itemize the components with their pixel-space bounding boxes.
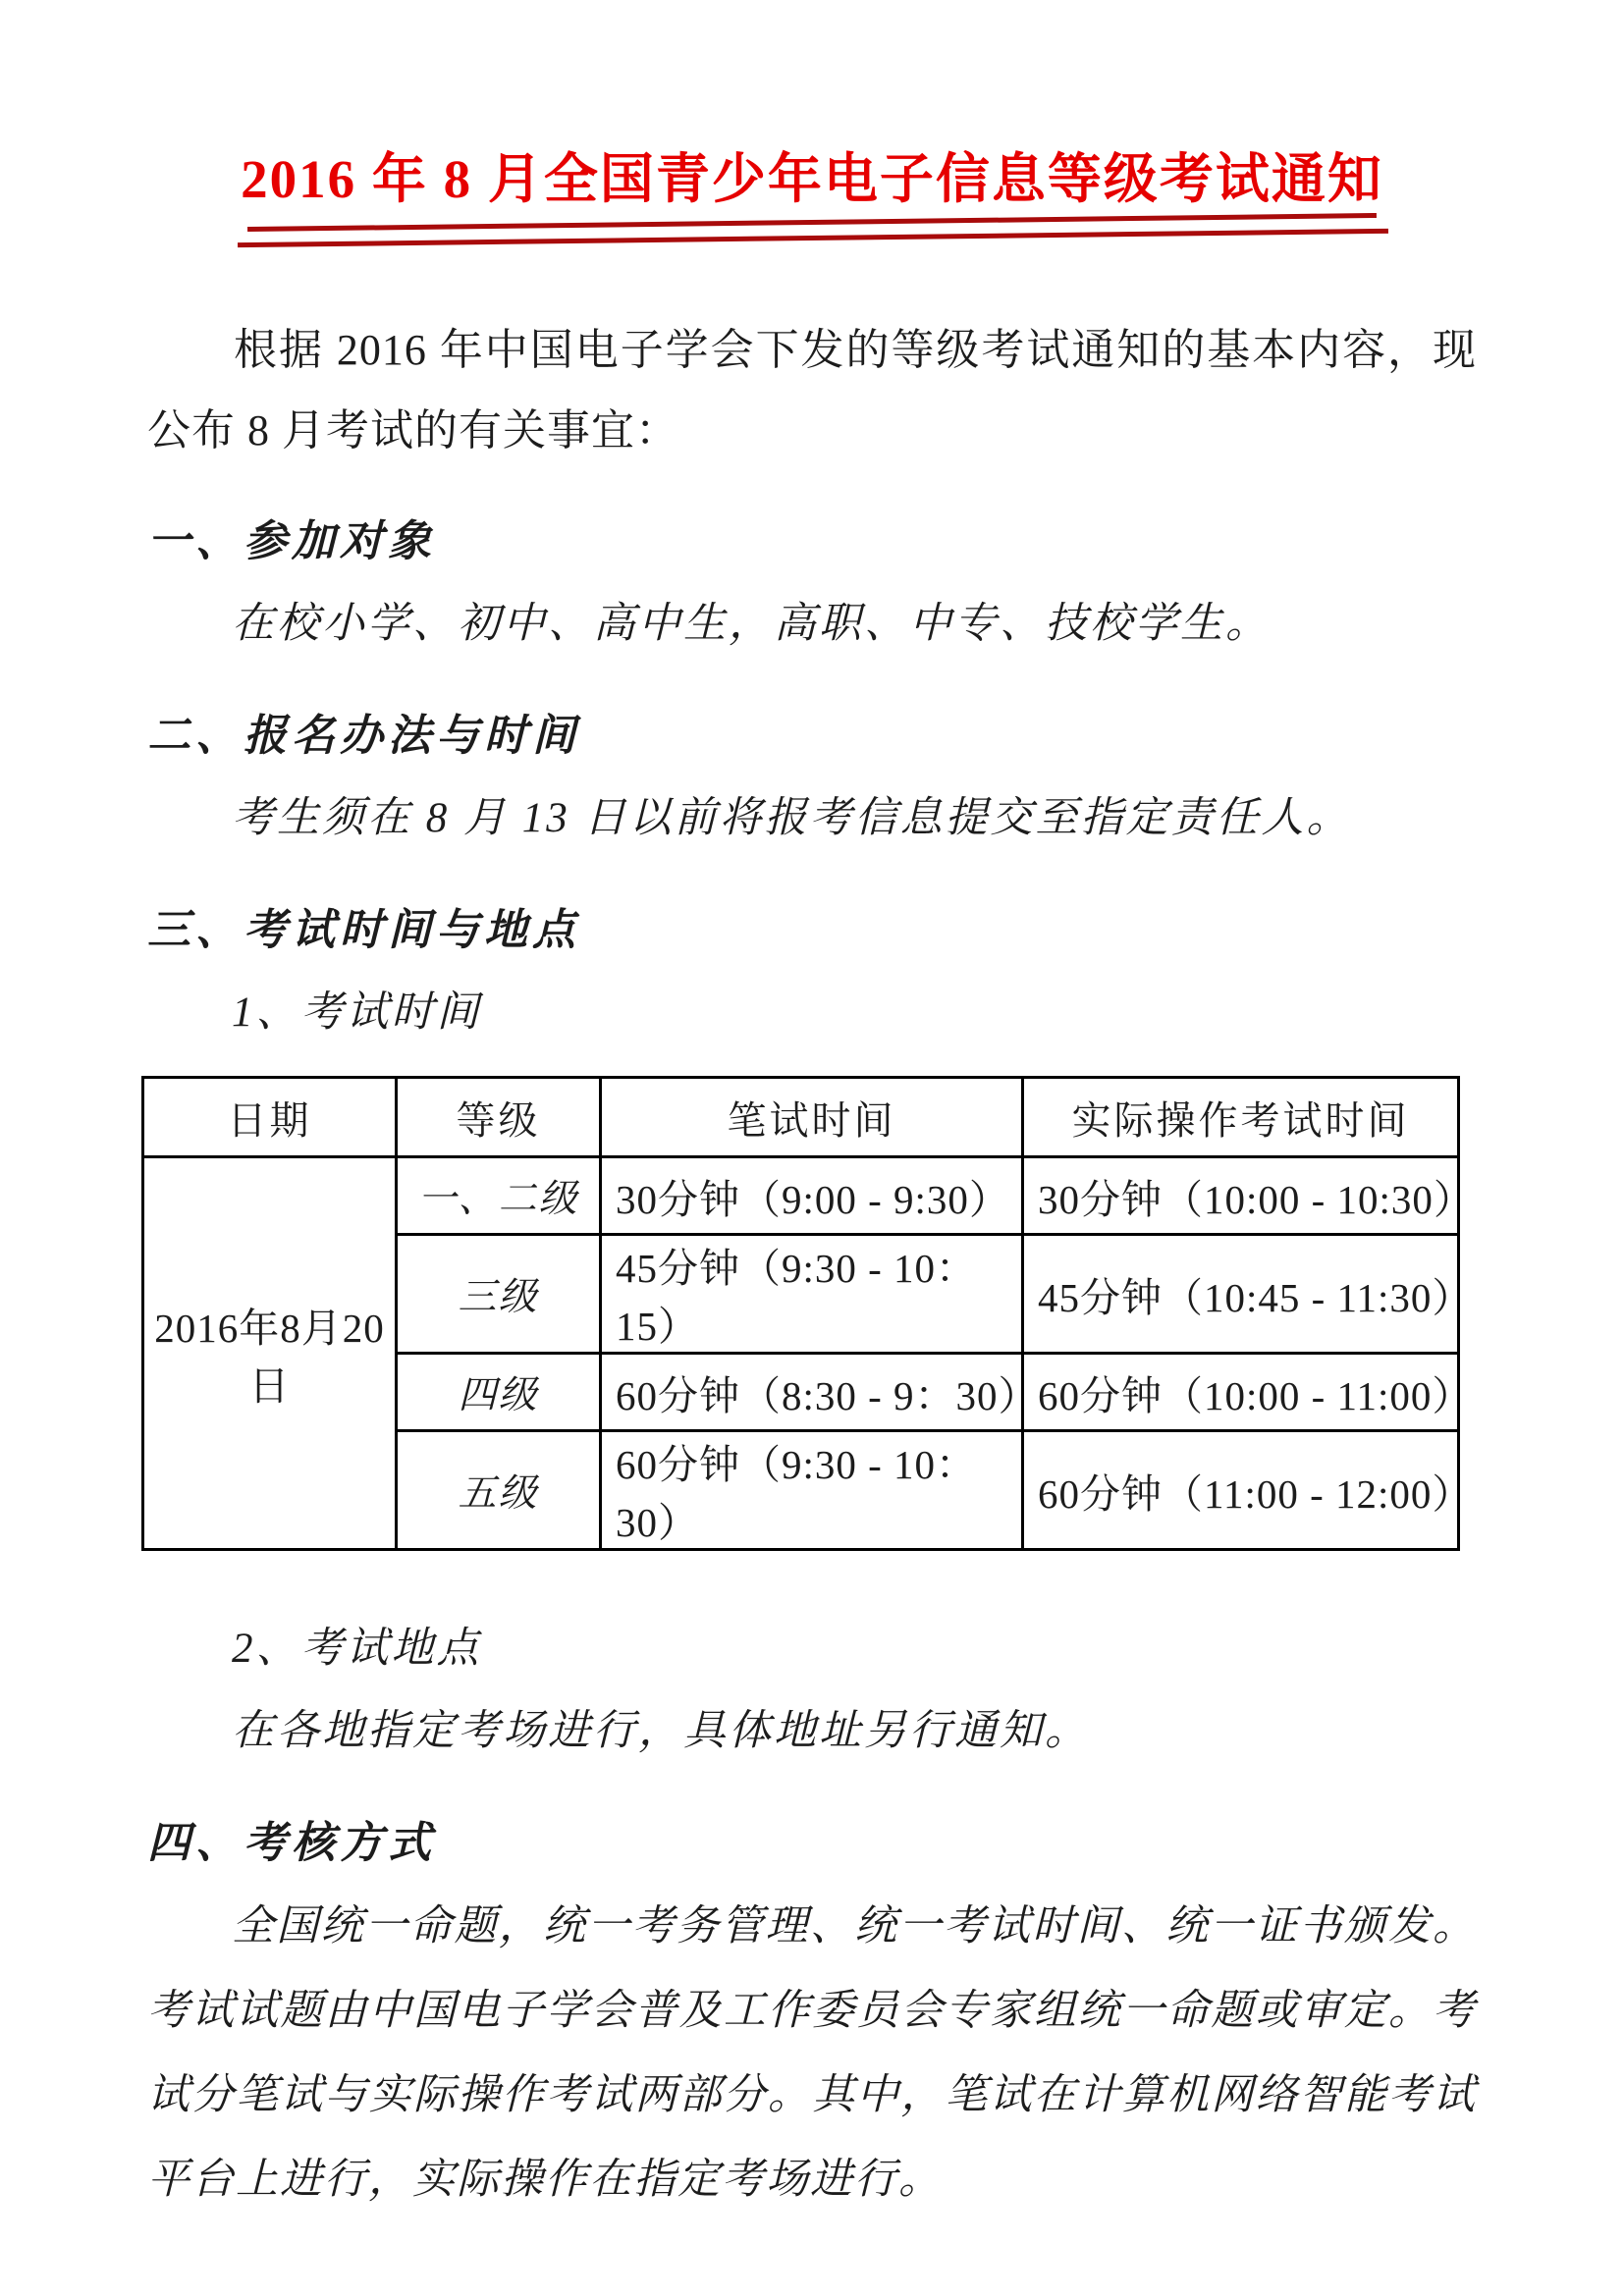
level-cell: 一、二级 bbox=[397, 1157, 601, 1235]
section-heading-participants: 一、参加对象 bbox=[147, 501, 1477, 583]
section-body-participants: 在校小学、初中、高中生，高职、中专、技校学生。 bbox=[147, 583, 1477, 666]
section-body-assessment: 全国统一命题，统一考务管理、统一考试时间、统一证书颁发。考试试题由中国电子学会普… bbox=[147, 1885, 1477, 2222]
section-heading-time-place: 三、考试时间与地点 bbox=[147, 889, 1477, 972]
header-level: 等级 bbox=[397, 1078, 601, 1157]
practical-time-cell: 60分钟（11:00 - 12:00） bbox=[1023, 1431, 1459, 1550]
document-page: 2016 年 8 月全国青少年电子信息等级考试通知 根据 2016 年中国电子学… bbox=[0, 0, 1624, 2296]
written-time-cell: 60分钟（9:30 - 10：30） bbox=[601, 1431, 1023, 1550]
table-row: 2016年8月20日 一、二级 30分钟（9:00 - 9:30） 30分钟（1… bbox=[143, 1157, 1459, 1235]
header-date: 日期 bbox=[143, 1078, 397, 1157]
page-title: 2016 年 8 月全国青少年电子信息等级考试通知 bbox=[147, 147, 1477, 212]
header-practical-time: 实际操作考试时间 bbox=[1023, 1078, 1459, 1157]
written-time-cell: 45分钟（9:30 - 10：15） bbox=[601, 1235, 1023, 1354]
section-body-registration: 考生须在 8 月 13 日以前将报考信息提交至指定责任人。 bbox=[147, 777, 1477, 860]
section-heading-registration: 二、报名办法与时间 bbox=[147, 695, 1477, 777]
section-heading-assessment: 四、考核方式 bbox=[147, 1802, 1477, 1885]
subsection-exam-time: 1、考试时间 bbox=[147, 972, 1477, 1054]
written-time-cell: 60分钟（8:30 - 9：30） bbox=[601, 1354, 1023, 1431]
level-cell: 三级 bbox=[397, 1235, 601, 1354]
level-cell: 四级 bbox=[397, 1354, 601, 1431]
practical-time-cell: 30分钟（10:00 - 10:30） bbox=[1023, 1157, 1459, 1235]
practical-time-cell: 45分钟（10:45 - 11:30） bbox=[1023, 1235, 1459, 1354]
subsection-exam-place: 2、考试地点 bbox=[147, 1608, 1477, 1690]
exam-schedule-table: 日期 等级 笔试时间 实际操作考试时间 2016年8月20日 一、二级 30分钟… bbox=[141, 1076, 1460, 1551]
practical-time-cell: 60分钟（10:00 - 11:00） bbox=[1023, 1354, 1459, 1431]
table-header-row: 日期 等级 笔试时间 实际操作考试时间 bbox=[143, 1078, 1459, 1157]
date-cell: 2016年8月20日 bbox=[143, 1157, 397, 1550]
title-underline-bottom-rule bbox=[238, 229, 1388, 247]
intro-paragraph: 根据 2016 年中国电子学会下发的等级考试通知的基本内容，现公布 8 月考试的… bbox=[147, 310, 1477, 471]
written-time-cell: 30分钟（9:00 - 9:30） bbox=[601, 1157, 1023, 1235]
title-underline bbox=[238, 214, 1386, 251]
title-underline-top-rule bbox=[247, 213, 1377, 232]
header-written-time: 笔试时间 bbox=[601, 1078, 1023, 1157]
subsection-exam-place-body: 在各地指定考场进行，具体地址另行通知。 bbox=[147, 1690, 1477, 1773]
level-cell: 五级 bbox=[397, 1431, 601, 1550]
